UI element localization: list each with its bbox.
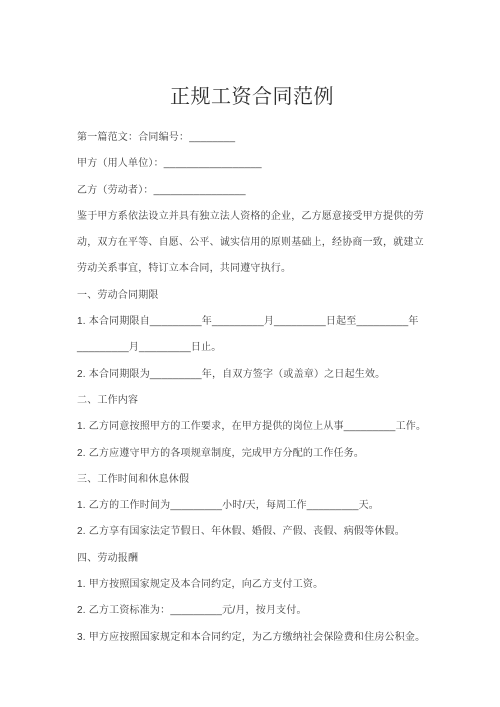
contract-document-page: 正规工资合同范例 第一篇范文：合同编号：________ 甲方（用人单位）：__…	[0, 0, 500, 707]
clause-2-1: 1. 乙方同意按照甲方的工作要求，在甲方提供的岗位上从事_________工作。	[77, 414, 429, 440]
document-title: 正规工资合同范例	[77, 83, 427, 111]
preamble-paragraph: 鉴于甲方系依法设立并具有独立法人资格的企业，乙方愿意接受甲方提供的劳动，双方在平…	[77, 204, 429, 283]
contract-number-line: 第一篇范文：合同编号：________	[77, 125, 429, 151]
party-a-line: 甲方（用人单位）：_________________	[77, 151, 429, 177]
section-3-heading: 三、工作时间和休息休假	[77, 467, 429, 493]
clause-4-3: 3. 甲方应按照国家规定和本合同约定，为乙方缴纳社会保险费和住房公积金。	[77, 625, 429, 651]
section-1-heading: 一、劳动合同期限	[77, 283, 429, 309]
clause-1-1: 1. 本合同期限自_________年_________月_________日起…	[77, 309, 429, 362]
clause-4-1: 1. 甲方按照国家规定及本合同约定，向乙方支付工资。	[77, 572, 429, 598]
clause-4-2: 2. 乙方工资标准为：_________元/月，按月支付。	[77, 598, 429, 624]
clause-3-1: 1. 乙方的工作时间为_________小时/天，每周工作_________天。	[77, 493, 429, 519]
clause-1-2: 2. 本合同期限为_________年，自双方签字（或盖章）之日起生效。	[77, 362, 429, 388]
document-content: 正规工资合同范例 第一篇范文：合同编号：________ 甲方（用人单位）：__…	[0, 0, 500, 651]
section-2-heading: 二、工作内容	[77, 388, 429, 414]
section-4-heading: 四、劳动报酬	[77, 546, 429, 572]
clause-3-2: 2. 乙方享有国家法定节假日、年休假、婚假、产假、丧假、病假等休假。	[77, 519, 429, 545]
party-b-line: 乙方（劳动者）：________________	[77, 178, 429, 204]
clause-2-2: 2. 乙方应遵守甲方的各项规章制度，完成甲方分配的工作任务。	[77, 441, 429, 467]
